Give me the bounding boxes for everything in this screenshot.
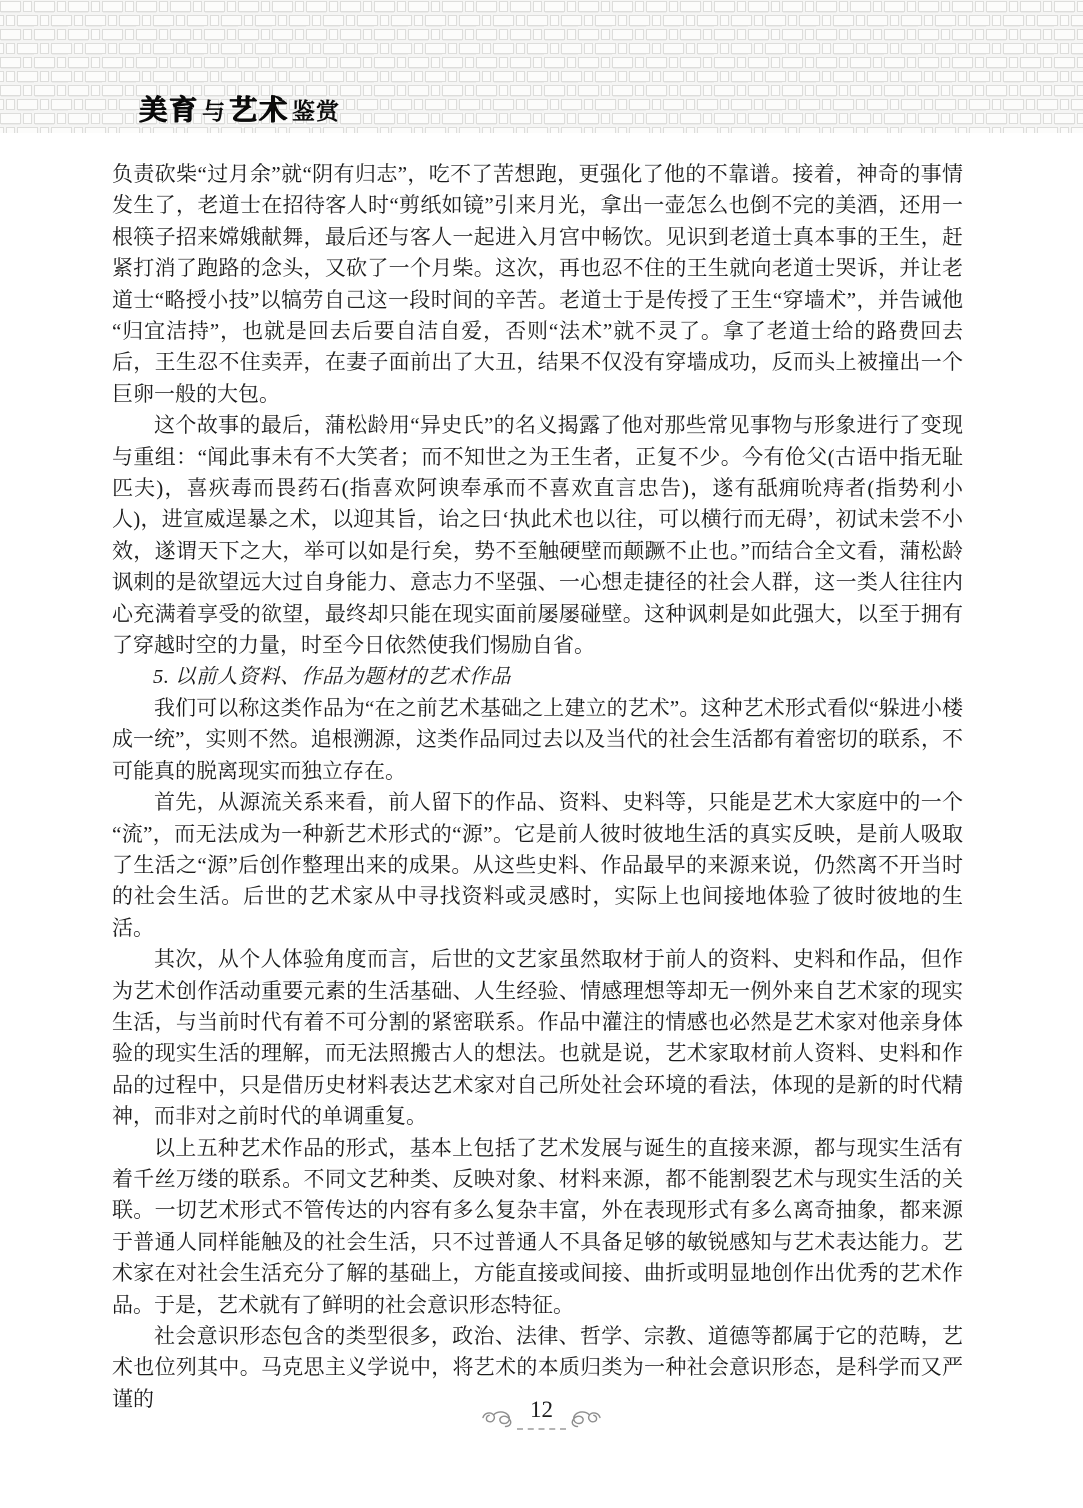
section-heading: 5. 以前人资料、作品为题材的艺术作品 — [112, 662, 963, 693]
page-body-text: 负责砍柴“过月余”就“阴有归志”，吃不了苦想跑，更强化了他的不靠谱。接着，神奇的… — [112, 159, 963, 1415]
body-paragraph: 其次，从个人体验角度而言，后世的文艺家虽然取材于前人的资料、史料和作品，但作为艺… — [112, 944, 963, 1132]
book-title-logo: 美育与艺术鉴赏 — [139, 94, 343, 130]
logo-text-yu: 与 — [202, 99, 226, 124]
page-number: 12 — [530, 1397, 553, 1422]
page-header: 美育与艺术鉴赏 — [0, 0, 1083, 133]
book-page: 美育与艺术鉴赏 负责砍柴“过月余”就“阴有归志”，吃不了苦想跑，更强化了他的不靠… — [0, 0, 1083, 1508]
body-paragraph: 我们可以称这类作品为“在之前艺术基础之上建立的艺术”。这种艺术形式看似“躲进小楼… — [112, 693, 963, 787]
body-paragraph: 这个故事的最后，蒲松龄用“异史氏”的名义揭露了他对那些常见事物与形象进行了变现与… — [112, 410, 963, 661]
logo-text-jianshang: 鉴赏 — [292, 99, 340, 124]
logo-text-yishu: 艺术 — [229, 95, 289, 126]
logo-text-meiyu: 美育 — [139, 95, 199, 126]
body-paragraph: 首先，从源流关系来看，前人留下的作品、资料、史料等，只能是艺术大家庭中的一个“流… — [112, 787, 963, 944]
body-paragraph: 以上五种艺术作品的形式，基本上包括了艺术发展与诞生的直接来源，都与现实生活有着千… — [112, 1133, 963, 1321]
page-footer: 12 — [0, 1396, 1083, 1429]
body-paragraph: 负责砍柴“过月余”就“阴有归志”，吃不了苦想跑，更强化了他的不靠谱。接着，神奇的… — [112, 159, 963, 410]
scroll-ornament-left-icon — [481, 1409, 515, 1429]
scroll-ornament-right-icon — [568, 1409, 602, 1429]
page-number-box: 12 — [517, 1397, 566, 1430]
